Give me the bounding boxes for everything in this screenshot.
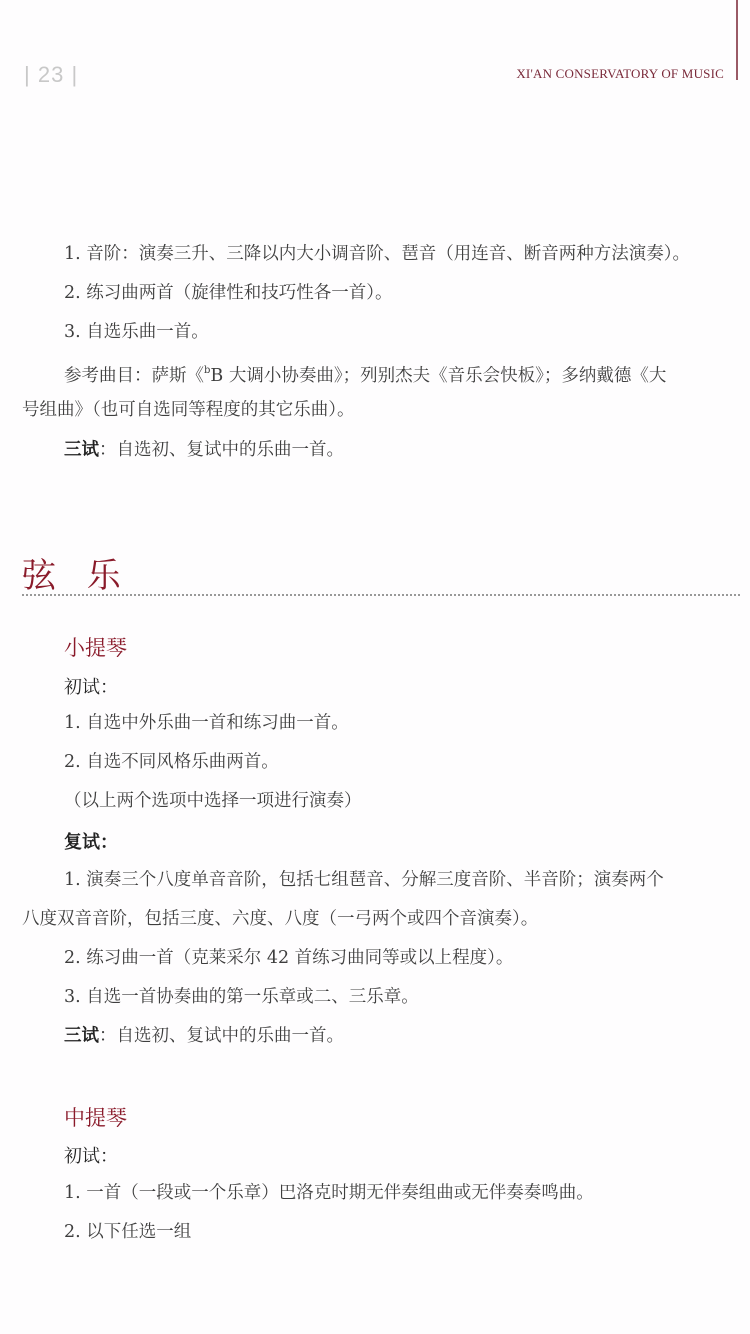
header-title: XI'AN CONSERVATORY OF MUSIC [516,66,724,82]
page-number-bar-right: | [71,62,78,87]
violin-preliminary-label: 初试： [64,673,118,699]
violin-second-item-1a: 1. 演奏三个八度单音音阶，包括七组琶音、分解三度音阶、半音阶；演奏两个 [64,868,664,892]
violin-title: 小提琴 [64,632,127,662]
etude-requirement: 2. 练习曲两首（旋律性和技巧性各一首）。 [64,281,393,305]
viola-preliminary-label: 初试： [64,1142,118,1168]
violin-third-round-text: ：自选初、复试中的乐曲一首。 [99,1026,344,1046]
section-title-strings: 弦 乐 [22,548,131,597]
reference-prefix: 参考曲目：萨斯《 [64,366,204,386]
section-dotted-divider [22,594,740,596]
viola-preliminary-item-2: 2. 以下任选一组 [64,1220,191,1244]
viola-preliminary-item-1: 1. 一首（一段或一个乐章）巴洛克时期无伴奏组曲或无伴奏奏鸣曲。 [64,1181,594,1205]
third-round-label: 三试 [64,440,99,460]
scale-requirement: 1. 音阶：演奏三升、三降以内大小调音阶、琶音（用连音、断音两种方法演奏）。 [64,242,690,266]
violin-third-round: 三试：自选初、复试中的乐曲一首。 [64,1024,344,1048]
violin-preliminary-item-2: 2. 自选不同风格乐曲两首。 [64,750,279,774]
violin-second-item-3: 3. 自选一首协奏曲的第一乐章或二、三乐章。 [64,985,419,1009]
page-number: | 23 | [24,62,78,88]
violin-third-round-label: 三试 [64,1026,99,1046]
piece-requirement: 3. 自选乐曲一首。 [64,320,209,344]
third-round-text: ：自选初、复试中的乐曲一首。 [99,440,344,460]
violin-preliminary-note: （以上两个选项中选择一项进行演奏） [64,789,362,813]
page-number-value: 23 [38,62,64,87]
violin-preliminary-item-1: 1. 自选中外乐曲一首和练习曲一首。 [64,711,349,735]
violin-second-item-1b: 八度双音音阶，包括三度、六度、八度（一弓两个或四个音演奏）。 [22,907,538,931]
violin-second-item-2: 2. 练习曲一首（克莱采尔 42 首练习曲同等或以上程度）。 [64,946,513,970]
reference-repertoire-line2: 号组曲》（也可自选同等程度的其它乐曲）。 [22,398,355,422]
header-vertical-rule [736,0,738,80]
third-round-top: 三试：自选初、复试中的乐曲一首。 [64,438,344,462]
violin-second-label: 复试： [64,828,118,854]
viola-title: 中提琴 [64,1102,127,1132]
reference-repertoire-line1: 参考曲目：萨斯《bB 大调小协奏曲》；列别杰夫《音乐会快板》；多纳戴德《大 [64,359,666,388]
page-number-bar-left: | [24,62,31,87]
reference-rest: B 大调小协奏曲》；列别杰夫《音乐会快板》；多纳戴德《大 [210,366,666,386]
